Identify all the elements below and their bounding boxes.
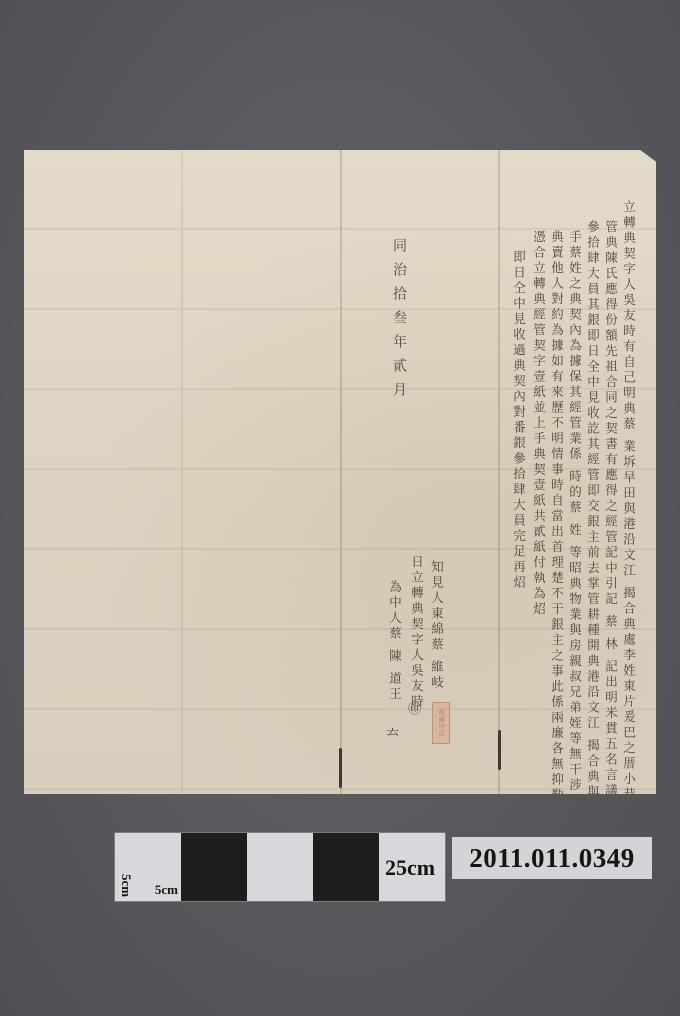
witness-column: 知見人東綿蔡 維岐 xyxy=(430,560,443,691)
text-column-1: 立轉典契字人吳友時有自己明典蔡 業坼早田與港沿文江 揭合典處李姓東片爰巴之厝小巷… xyxy=(622,200,635,818)
text-column-4: 手蔡姓之典契內為據保其經管業係 時的蔡 姓 等昭典物業與房親叔兄弟姪等無干涉亦無… xyxy=(568,230,581,855)
agent-column: 為中人蔡 陳 道王 xyxy=(388,580,401,702)
text-column-7: 即日仝中見收過典契內對番銀參拾肆大員完足再炤 xyxy=(512,250,525,591)
scale-vertical-label: 5cm xyxy=(118,874,134,897)
seller-mark: ㊞ xyxy=(408,698,421,717)
accession-number-label: 2011.011.0349 xyxy=(452,837,652,879)
scale-end-label: 25cm xyxy=(385,855,435,881)
text-column-5: 典賣他人對約為據如有來歷不明情事時自當出首理楚不干銀主之事此係兩廉各無抑勒反悔口… xyxy=(550,230,563,881)
seller-column: 日立轉典契字人吳友時 xyxy=(410,555,423,710)
scale-cell xyxy=(181,833,247,901)
scale-cell xyxy=(313,833,379,901)
scale-cell: 5cm 5cm xyxy=(115,833,181,901)
red-seal-stamp: 收藏印記 xyxy=(432,702,450,744)
scale-cell: 25cm xyxy=(379,833,445,901)
scale-cell xyxy=(247,833,313,901)
deed-paper: 立轉典契字人吳友時有自己明典蔡 業坼早田與港沿文江 揭合典處李姓東片爰巴之厝小巷… xyxy=(24,150,656,794)
text-column-2: 管典陳氏應得份額先祖合同之契書有應得之經管記中引記 蔡 林 記出明米貫五名言議貫… xyxy=(604,220,617,892)
text-column-6: 憑合立轉典經管契字壹紙並上手典契壹紙共貳紙付執為炤 xyxy=(532,230,545,618)
fold-line xyxy=(181,150,183,794)
fold-line xyxy=(498,150,500,794)
scale-bar: 5cm 5cm 25cm xyxy=(115,833,445,901)
date-column: 同治拾叁年貳月 xyxy=(392,238,406,406)
text-column-3: 參拾肆大員其銀即日全中見收訖其經管即交銀主前去掌管耕種開典港沿文江 揭合典與陳保… xyxy=(586,220,599,878)
agent-mark: 𠫓 xyxy=(386,722,399,741)
tear-mark xyxy=(498,730,501,770)
tear-mark xyxy=(339,748,342,788)
fold-line xyxy=(340,150,342,794)
scale-unit-label: 5cm xyxy=(155,882,178,898)
